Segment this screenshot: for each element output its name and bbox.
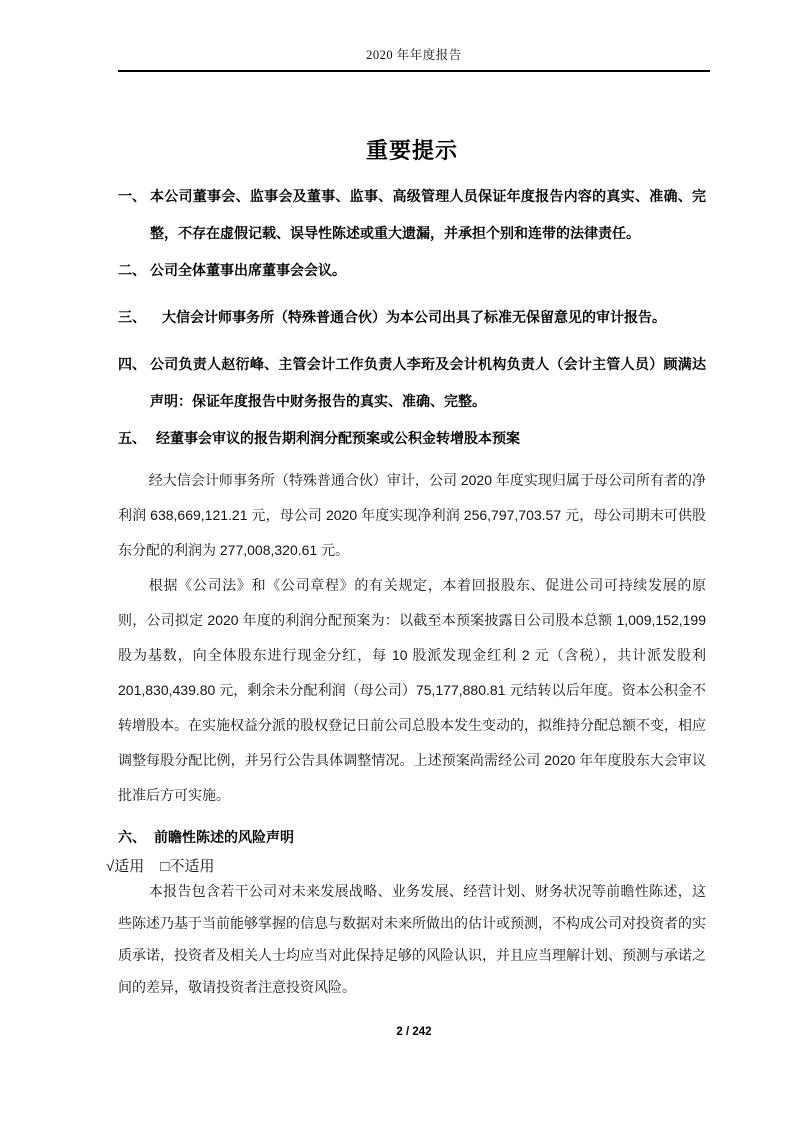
page-number: 2 / 242	[396, 1026, 431, 1038]
item-number: 一、	[118, 178, 146, 215]
item-text: 公司全体董事出席董事会会议。	[150, 262, 346, 278]
check-icon: √	[106, 858, 114, 875]
page-footer: 2 / 242	[118, 1026, 710, 1038]
item-number: 四、	[118, 346, 146, 383]
item-number: 六、	[118, 819, 146, 856]
running-header-title: 2020 年年度报告	[118, 45, 710, 63]
report-page: 2020 年年度报告 重要提示 一、 本公司董事会、监事会及董事、监事、高级管理…	[0, 0, 793, 1122]
statement-item-1: 一、 本公司董事会、监事会及董事、监事、高级管理人员保证年度报告内容的真实、准确…	[118, 178, 706, 252]
statement-item-2: 二、 公司全体董事出席董事会会议。	[118, 252, 706, 289]
section-heading-6: 六、 前瞻性陈述的风险声明	[118, 819, 706, 856]
page-title: 重要提示	[118, 136, 706, 166]
section-heading-text: 前瞻性陈述的风险声明	[154, 829, 294, 845]
not-applicable-label: 不适用	[169, 858, 214, 875]
forward-looking-risk-paragraph: 本报告包含若干公司对未来发展战略、业务发展、经营计划、财务状况等前瞻性陈述，这些…	[118, 875, 706, 1003]
section-heading-text: 经董事会审议的报告期利润分配预案或公积金转增股本预案	[156, 430, 520, 446]
item-number: 五、	[118, 420, 146, 457]
profit-distribution-paragraph-2: 根据《公司法》和《公司章程》的有关规定，本着回报股东、促进公司可持续发展的原则，…	[118, 568, 706, 813]
statement-item-3: 三、 大信会计师事务所（特殊普通合伙）为本公司出具了标准无保留意见的审计报告。	[118, 299, 706, 336]
statement-item-4: 四、 公司负责人赵衍峰、主管会计工作负责人李珩及会计机构负责人（会计主管人员）顾…	[118, 346, 706, 420]
item-text: 公司负责人赵衍峰、主管会计工作负责人李珩及会计机构负责人（会计主管人员）顾满达声…	[150, 356, 706, 409]
item-text: 本公司董事会、监事会及董事、监事、高级管理人员保证年度报告内容的真实、准确、完整…	[150, 188, 706, 241]
profit-distribution-paragraph-1: 经大信会计师事务所（特殊普通合伙）审计，公司 2020 年度实现归属于母公司所有…	[118, 463, 706, 568]
item-text: 大信会计师事务所（特殊普通合伙）为本公司出具了标准无保留意见的审计报告。	[162, 309, 666, 325]
item-number: 三、	[118, 299, 146, 336]
applicable-label: 适用	[114, 858, 144, 875]
section-heading-5: 五、 经董事会审议的报告期利润分配预案或公积金转增股本预案	[118, 420, 706, 457]
document-content: 重要提示 一、 本公司董事会、监事会及董事、监事、高级管理人员保证年度报告内容的…	[118, 72, 706, 1003]
item-number: 二、	[118, 252, 146, 289]
page-header: 2020 年年度报告	[118, 0, 710, 72]
